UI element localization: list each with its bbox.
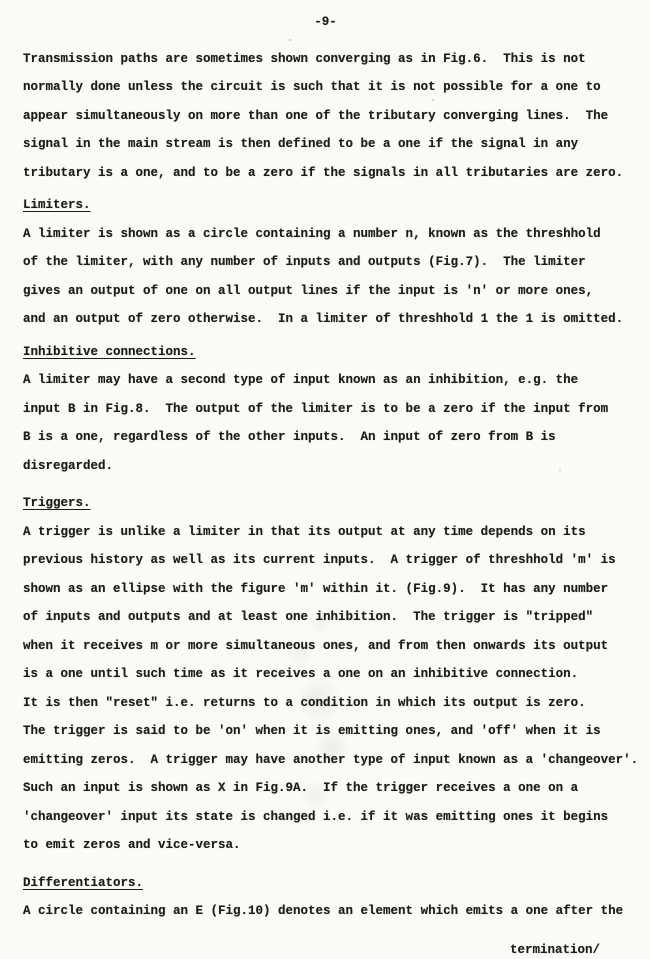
document-line: to emit zeros and vice-versa.: [23, 831, 628, 860]
document-line: of inputs and outputs and at least one i…: [23, 603, 628, 632]
paragraph: A limiter may have a second type of inpu…: [23, 366, 628, 480]
scanned-document-page: -9- Transmission paths are sometimes sho…: [0, 0, 650, 959]
document-body: Transmission paths are sometimes shown c…: [23, 45, 628, 926]
paragraph: Transmission paths are sometimes shown c…: [23, 45, 628, 188]
document-line: B is a one, regardless of the other inpu…: [23, 423, 628, 452]
section-heading: Differentiators.: [23, 869, 628, 898]
document-line: when it receives m or more simultaneous …: [23, 632, 628, 661]
paragraph: A trigger is unlike a limiter in that it…: [23, 518, 628, 860]
document-line: 'changeover' input its state is changed …: [23, 803, 628, 832]
document-line: A trigger is unlike a limiter in that it…: [23, 518, 628, 547]
section-heading: Triggers.: [23, 489, 628, 518]
document-line: appear simultaneously on more than one o…: [23, 102, 628, 131]
document-line: It is then "reset" i.e. returns to a con…: [23, 689, 628, 718]
document-line: disregarded.: [23, 452, 628, 481]
document-line: input B in Fig.8. The output of the limi…: [23, 395, 628, 424]
document-line: Such an input is shown as X in Fig.9A. I…: [23, 774, 628, 803]
document-line: tributary is a one, and to be a zero if …: [23, 159, 628, 188]
document-line: previous history as well as its current …: [23, 546, 628, 575]
document-line: gives an output of one on all output lin…: [23, 277, 628, 306]
document-line: A limiter is shown as a circle containin…: [23, 220, 628, 249]
catchword-termination: termination/: [23, 936, 628, 959]
document-line: A limiter may have a second type of inpu…: [23, 366, 628, 395]
page-number: -9-: [23, 8, 628, 37]
document-line: signal in the main stream is then define…: [23, 130, 628, 159]
document-line: emitting zeros. A trigger may have anoth…: [23, 746, 628, 775]
document-line: Transmission paths are sometimes shown c…: [23, 45, 628, 74]
document-line: of the limiter, with any number of input…: [23, 248, 628, 277]
document-line: is a one until such time as it receives …: [23, 660, 628, 689]
paragraph: A circle containing an E (Fig.10) denote…: [23, 897, 628, 926]
document-line: shown as an ellipse with the figure 'm' …: [23, 575, 628, 604]
document-line: A circle containing an E (Fig.10) denote…: [23, 897, 628, 926]
document-line: normally done unless the circuit is such…: [23, 73, 628, 102]
document-line: and an output of zero otherwise. In a li…: [23, 305, 628, 334]
section-heading: Inhibitive connections.: [23, 338, 628, 367]
section-heading: Limiters.: [23, 191, 628, 220]
document-line: The trigger is said to be 'on' when it i…: [23, 717, 628, 746]
paragraph: A limiter is shown as a circle containin…: [23, 220, 628, 334]
